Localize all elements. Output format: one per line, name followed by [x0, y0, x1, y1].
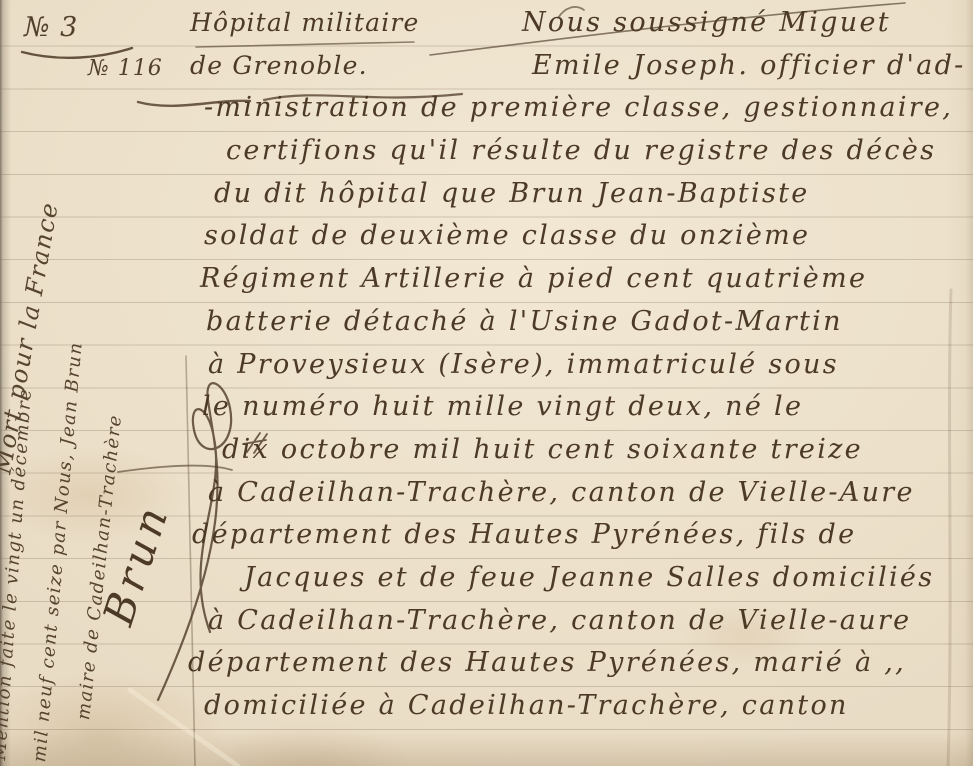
body-line: à Proveysieux (Isère), immatriculé sous — [186, 344, 973, 387]
body-line: -ministration de première classe, gestio… — [186, 87, 973, 130]
body-line: du dit hôpital que Brun Jean-Baptiste — [186, 173, 973, 216]
body-line: à Cadeilhan-Trachère, canton de Vielle-A… — [186, 472, 973, 515]
act-body-text: Nous soussigné Miguet Emile Joseph. offi… — [186, 2, 973, 728]
body-line: certifions qu'il résulte du registre des… — [186, 130, 973, 173]
body-line: département des Hautes Pyrénées, marié à… — [186, 642, 973, 685]
register-page: № 3 № 116 Mort pour la France Mention fa… — [0, 0, 973, 766]
body-line: Emile Joseph. officier d'ad- — [186, 45, 973, 88]
act-number: № 116 — [88, 56, 163, 81]
body-line: dix octobre mil huit cent soixante treiz… — [186, 429, 973, 472]
body-line: Jacques et de feue Jeanne Salles domicil… — [186, 557, 973, 600]
entry-number: № 3 — [24, 12, 78, 43]
body-line: Nous soussigné Miguet — [186, 2, 973, 45]
body-line: le numéro huit mille vingt deux, né le — [186, 386, 973, 429]
body-line: à Cadeilhan-Trachère, canton de Vielle-a… — [186, 600, 973, 643]
body-line: batterie détaché à l'Usine Gadot-Martin — [186, 301, 973, 344]
body-line: soldat de deuxième classe du onzième — [186, 215, 973, 258]
body-line: département des Hautes Pyrénées, fils de — [186, 514, 973, 557]
body-line: Régiment Artillerie à pied cent quatrièm… — [186, 258, 973, 301]
body-line: domiciliée à Cadeilhan-Trachère, canton — [186, 685, 973, 728]
